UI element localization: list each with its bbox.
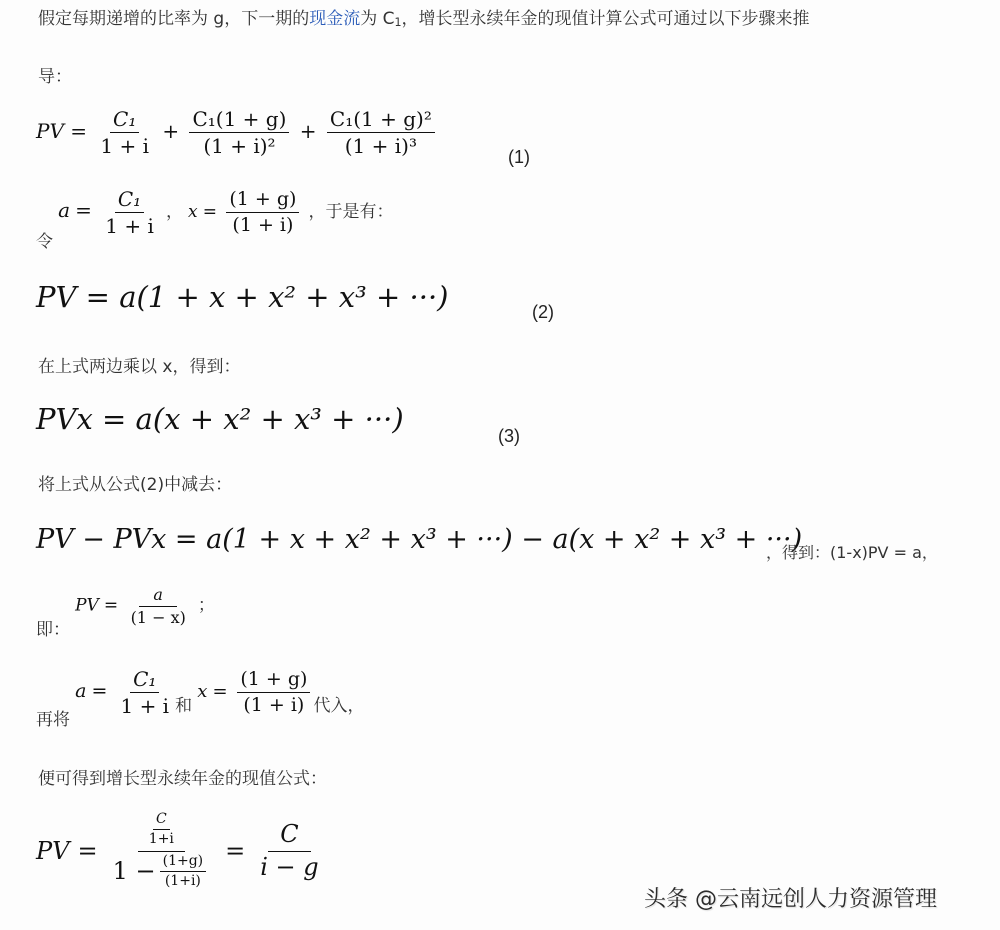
eq1-t2-den: (1 + i)² bbox=[200, 133, 278, 157]
eq1-lhs: PV bbox=[36, 119, 64, 143]
final-compound-fraction: C 1+i 1 − (1+g) (1+i) bbox=[110, 812, 214, 890]
intro-text-c: ，增长型永续年金的现值计算公式可通过以下步骤来推 bbox=[402, 9, 810, 29]
substitute-suffix: 代入， bbox=[314, 696, 365, 716]
final-inner-den: 1+i bbox=[146, 830, 177, 847]
final-den-one: 1 − bbox=[113, 858, 156, 884]
eq1-t3-num: C₁(1 + g)² bbox=[327, 108, 435, 133]
eq5-num: a bbox=[139, 586, 177, 607]
equation-3-label: (3) bbox=[498, 426, 520, 447]
let-a-den: 1 + i bbox=[102, 213, 157, 237]
substitute-line: 再将 a = C₁ 1 + i 和 x = (1 + g) (1 + i) 代入… bbox=[36, 668, 365, 717]
step-subtract: 将上式从公式(2)中减去： bbox=[38, 470, 232, 495]
final-rhs-den: i − g bbox=[257, 852, 321, 880]
eq1-term-2: C₁(1 + g) (1 + i)² bbox=[189, 108, 289, 157]
substitute-a-fraction: C₁ 1 + i bbox=[117, 668, 172, 717]
let-a-num: C₁ bbox=[115, 188, 144, 213]
eq1-t1-num: C₁ bbox=[110, 108, 139, 133]
eq5-fraction: a (1 − x) bbox=[128, 586, 189, 626]
equation-2-label: (2) bbox=[532, 302, 554, 323]
substitute-x-den: (1 + i) bbox=[240, 693, 307, 716]
intro-text-a: 假定每期递增的比率为 g，下一期的 bbox=[38, 9, 309, 29]
eq5-den: (1 − x) bbox=[128, 607, 189, 627]
eq5-lhs: PV bbox=[75, 596, 99, 616]
eq1-t1-den: 1 + i bbox=[97, 133, 152, 157]
final-rhs-fraction: C i − g bbox=[257, 821, 321, 880]
substitute-x-fraction: (1 + g) (1 + i) bbox=[237, 669, 310, 716]
let-separator: ， bbox=[166, 202, 183, 222]
equation-final: PV = C 1+i 1 − (1+g) (1+i) = C i − g bbox=[36, 812, 326, 890]
substitute-and: 和 bbox=[175, 696, 192, 716]
let-a-fraction: C₁ 1 + i bbox=[102, 188, 157, 237]
equation-2: PV = a(1 + x + x² + x³ + ···) bbox=[36, 280, 448, 314]
eq1-t3-den: (1 + i)³ bbox=[342, 133, 420, 157]
equation-1-label: (1) bbox=[508, 147, 530, 168]
equation-1: PV = C₁ 1 + i + C₁(1 + g) (1 + i)² + C₁(… bbox=[36, 108, 439, 157]
eq1-term-1: C₁ 1 + i bbox=[97, 108, 152, 157]
eq5-suffix: ； bbox=[198, 596, 215, 616]
watermark: 头条 @云南远创人力资源管理 bbox=[644, 882, 937, 913]
intro-line-1: 假定每期递增的比率为 g，下一期的现金流为 C1，增长型永续年金的现值计算公式可… bbox=[38, 4, 810, 29]
substitute-x-num: (1 + g) bbox=[237, 669, 310, 693]
intro-line-2: 导： bbox=[38, 62, 72, 87]
final-lhs: PV bbox=[36, 837, 69, 865]
equation-5-line: 即： PV = a (1 − x) ； bbox=[36, 586, 215, 626]
final-rhs-num: C bbox=[268, 821, 310, 851]
substitute-prefix: 再将 bbox=[36, 710, 70, 730]
final-den-den: (1+i) bbox=[162, 872, 204, 889]
let-a-var: a bbox=[58, 198, 70, 222]
equation-4-result: ，得到：(1-x)PV = a， bbox=[766, 540, 938, 563]
final-den-fraction: (1+g) (1+i) bbox=[160, 854, 207, 890]
substitute-x-var: x bbox=[197, 681, 207, 702]
let-prefix: 令 bbox=[36, 232, 53, 252]
eq5-prefix: 即： bbox=[36, 620, 70, 640]
let-x-var: x bbox=[188, 202, 198, 222]
let-suffix: ，于是有： bbox=[309, 202, 394, 222]
equation-3: PVx = a(x + x² + x³ + ···) bbox=[36, 402, 404, 436]
substitute-a-num: C₁ bbox=[130, 668, 159, 693]
step-multiply: 在上式两边乘以 x，得到： bbox=[38, 352, 240, 377]
intro-text-b: 为 C bbox=[360, 9, 394, 29]
substitute-a-den: 1 + i bbox=[117, 693, 172, 717]
let-x-fraction: (1 + g) (1 + i) bbox=[226, 189, 299, 236]
cash-flow-link[interactable]: 现金流 bbox=[309, 9, 360, 29]
final-inner-num: C bbox=[153, 812, 170, 830]
definitions-line: 令 a = C₁ 1 + i ， x = (1 + g) (1 + i) ，于是… bbox=[36, 188, 394, 237]
substitute-a-var: a bbox=[75, 680, 86, 702]
eq1-term-3: C₁(1 + g)² (1 + i)³ bbox=[327, 108, 435, 157]
final-inner-fraction: C 1+i bbox=[146, 812, 177, 848]
equation-4: PV − PVx = a(1 + x + x² + x³ + ···) − a(… bbox=[36, 524, 802, 555]
eq1-t2-num: C₁(1 + g) bbox=[189, 108, 289, 133]
final-den-num: (1+g) bbox=[160, 854, 207, 872]
intro-subscript: 1 bbox=[394, 16, 401, 29]
let-x-den: (1 + i) bbox=[229, 213, 296, 236]
step-final: 便可得到增长型永续年金的现值公式： bbox=[38, 764, 327, 789]
let-x-num: (1 + g) bbox=[226, 189, 299, 213]
